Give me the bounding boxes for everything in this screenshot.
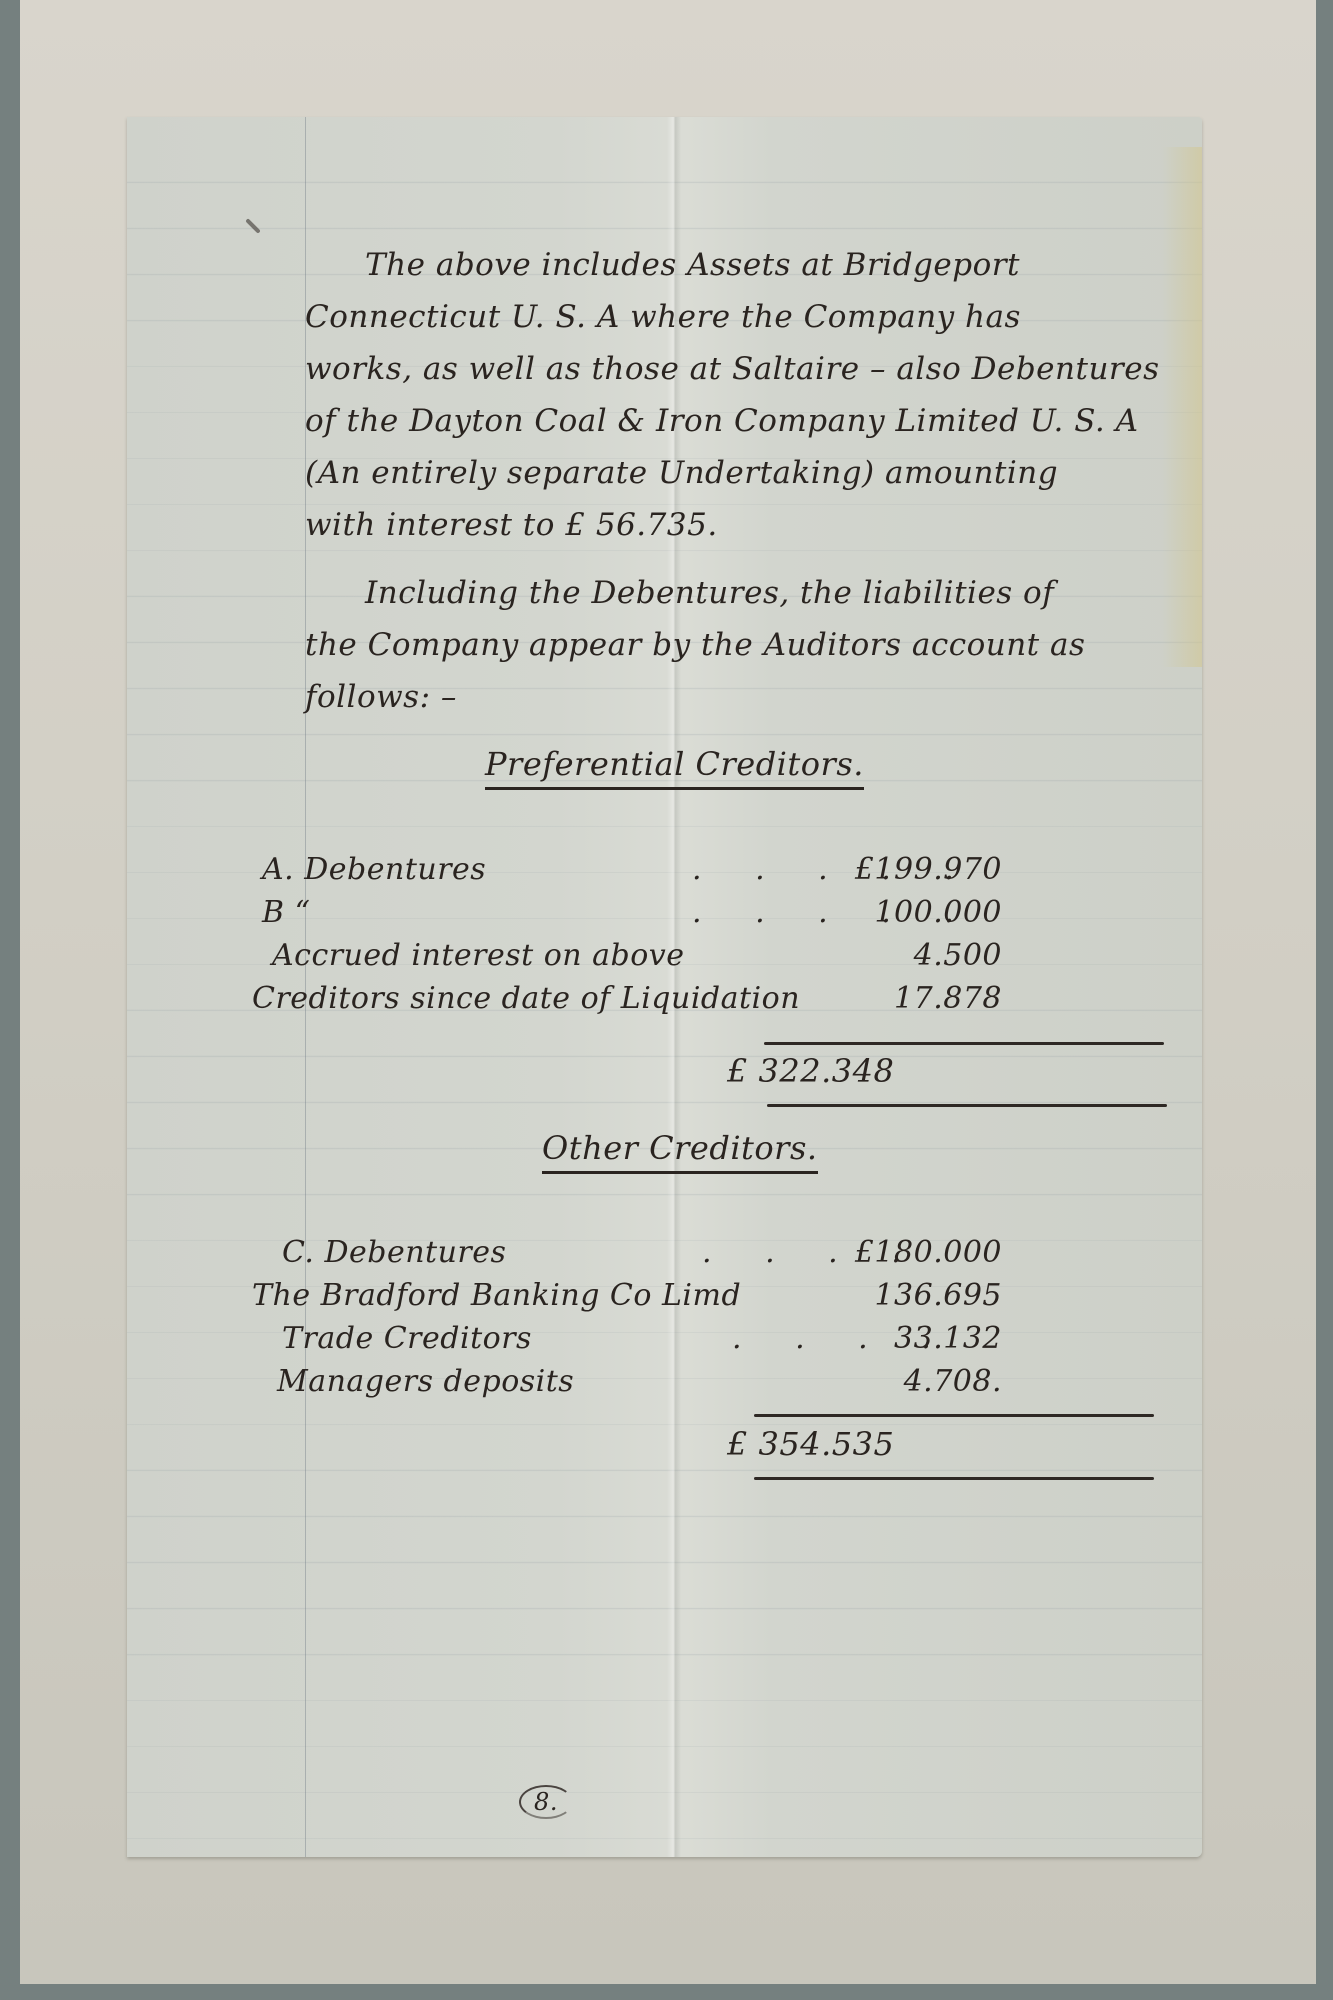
page-number: 8. [519, 1785, 573, 1819]
row-label: C. Debentures [282, 1235, 506, 1270]
row-label: Creditors since date of Liquidation [252, 981, 800, 1016]
other-creditors-total: £ 354.535 [727, 1425, 894, 1463]
ledger-row: A. Debentures . . . . . £199.970 [252, 852, 1152, 895]
row-amount: £180.000 [855, 1235, 1002, 1270]
liabilities-paragraph: Including the Debentures, the liabilitie… [305, 567, 1185, 723]
paragraph-line: of the Dayton Coal & Iron Company Limite… [305, 395, 1185, 447]
paragraph-line: follows: – [305, 671, 1185, 723]
letter-sheet: The above includes Assets at Bridgeport … [127, 117, 1202, 1857]
paragraph-line: Including the Debentures, the liabilitie… [305, 567, 1185, 619]
row-amount: 100.000 [874, 895, 1002, 930]
paragraph-line: (An entirely separate Undertaking) amoun… [305, 447, 1185, 499]
archival-mount-board: The above includes Assets at Bridgeport … [20, 0, 1316, 1984]
row-amount: £199.970 [855, 852, 1002, 887]
paragraph-line: with interest to £ 56.735. [305, 499, 1185, 551]
row-label: The Bradford Banking Co Limd [252, 1278, 741, 1313]
preferential-creditors-table: A. Debentures . . . . . £199.970 B “ . .… [252, 852, 1152, 1024]
row-amount: 17.878 [894, 981, 1002, 1016]
row-label: Trade Creditors [282, 1321, 532, 1356]
paragraph-line: Connecticut U. S. A where the Company ha… [305, 291, 1185, 343]
total-double-rule [767, 1104, 1167, 1107]
ledger-row: C. Debentures . . . . £180.000 [252, 1235, 1152, 1278]
ledger-row: Creditors since date of Liquidation 17.8… [252, 981, 1152, 1024]
ledger-row: B “ . . . . . 100.000 [252, 895, 1152, 938]
other-creditors-heading: Other Creditors. [542, 1129, 818, 1174]
row-amount: 136.695 [874, 1278, 1002, 1313]
ledger-row: The Bradford Banking Co Limd 136.695 [252, 1278, 1152, 1321]
row-amount: 4.708. [904, 1364, 1002, 1399]
row-label: Accrued interest on above [272, 938, 685, 973]
ink-blot-mark [245, 218, 261, 234]
row-amount: 4.500 [914, 938, 1002, 973]
other-creditors-table: C. Debentures . . . . £180.000 The Bradf… [252, 1235, 1152, 1407]
intro-paragraph: The above includes Assets at Bridgeport … [305, 239, 1185, 551]
subtotal-rule [764, 1042, 1164, 1045]
paragraph-line: works, as well as those at Saltaire – al… [305, 343, 1185, 395]
heading-text: Other Creditors. [542, 1129, 818, 1174]
heading-text: Preferential Creditors. [485, 745, 864, 790]
paragraph-line: The above includes Assets at Bridgeport [305, 239, 1185, 291]
preferential-total: £ 322.348 [727, 1052, 894, 1090]
ledger-row: Trade Creditors . . . . 33.132 [252, 1321, 1152, 1364]
subtotal-rule [754, 1414, 1154, 1417]
preferential-creditors-heading: Preferential Creditors. [485, 745, 864, 790]
row-label: A. Debentures [262, 852, 486, 887]
paragraph-line: the Company appear by the Auditors accou… [305, 619, 1185, 671]
total-double-rule [754, 1477, 1154, 1480]
row-amount: 33.132 [894, 1321, 1002, 1356]
row-label: B “ [262, 895, 310, 930]
row-label: Managers deposits [277, 1364, 574, 1399]
ledger-row: Managers deposits 4.708. [252, 1364, 1152, 1407]
ledger-row: Accrued interest on above 4.500 [252, 938, 1152, 981]
